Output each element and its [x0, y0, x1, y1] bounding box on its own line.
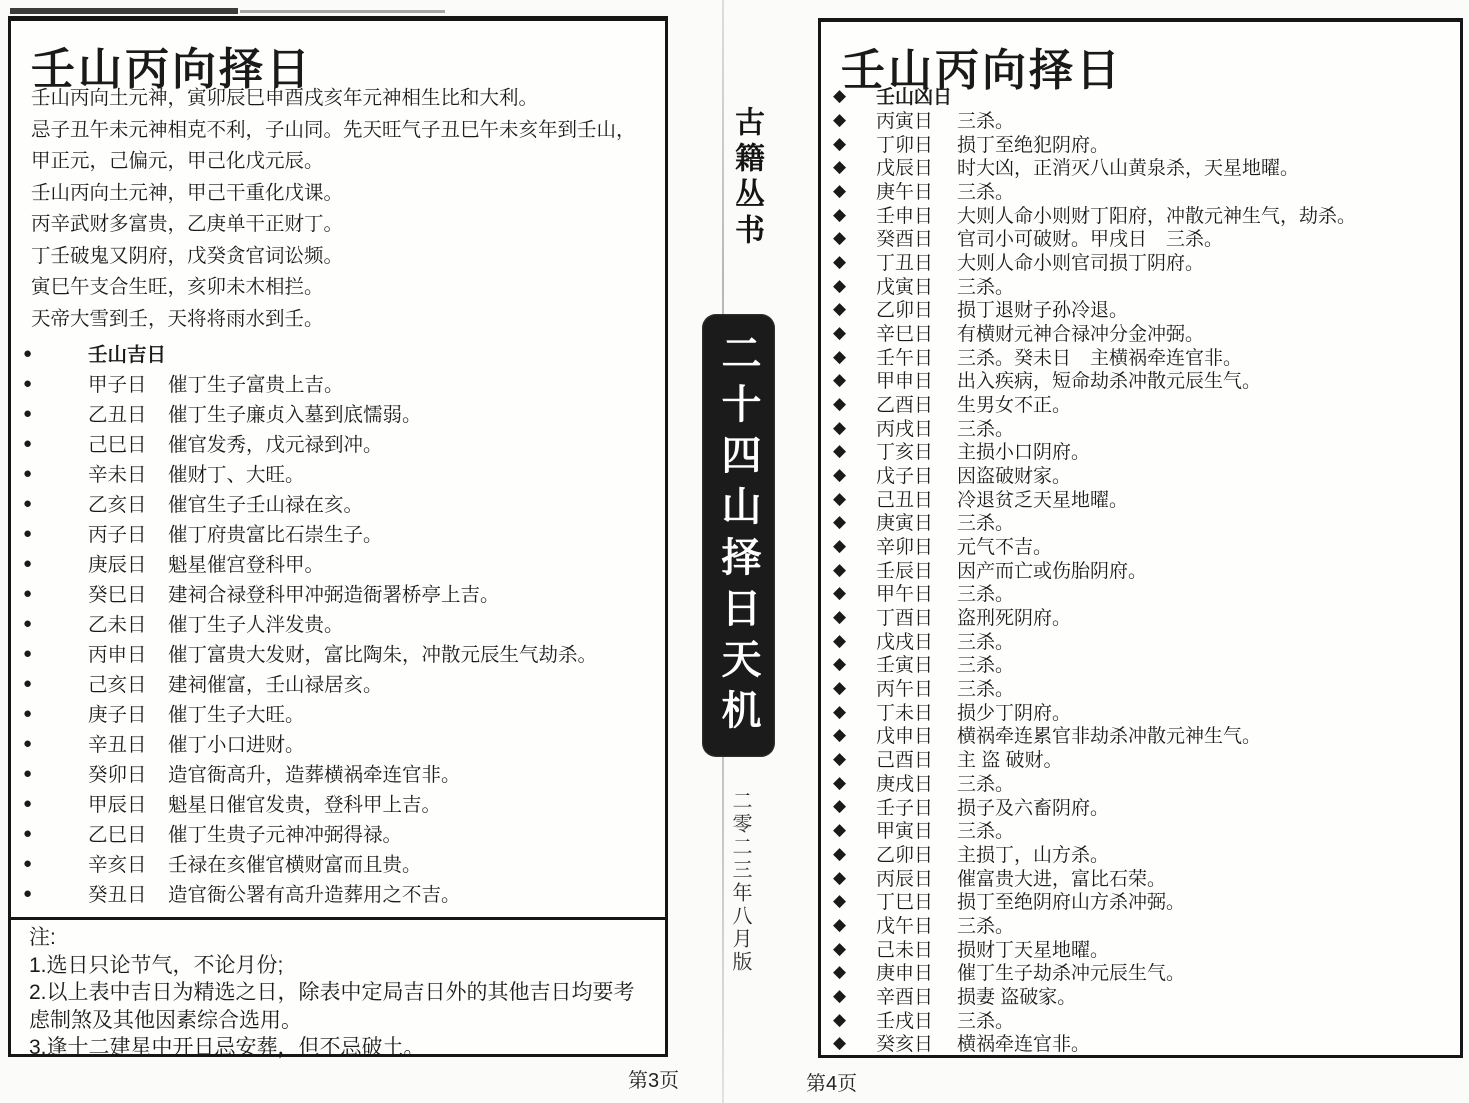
spine-edition-label: 二零二三年八月版	[726, 790, 755, 974]
circle-bullet-icon: ●	[23, 376, 88, 391]
circle-bullet-icon: ●	[23, 886, 88, 901]
list-item: ◆丁未日损少丁阴府。	[821, 699, 1458, 723]
diamond-bullet-icon: ◆	[833, 892, 876, 909]
list-item: ◆辛卯日元气不吉。	[821, 534, 1458, 558]
page-3-frame: 壬山丙向择日 壬山丙向土元神，寅卯辰巳申酉戌亥年元神相生比和大利。忌子丑午未元神…	[8, 16, 668, 1057]
auspicious-day-list: ● 壬山吉日 ●甲子日催丁生子富贵上吉。●乙丑日催丁生子廉贞入墓到底懦弱。●己巳…	[11, 338, 664, 908]
list-item: ◆甲申日出入疾病，短命劫杀冲散元辰生气。	[821, 368, 1458, 392]
day-label: 辛未日	[88, 459, 168, 487]
circle-bullet-icon: ●	[23, 796, 88, 811]
list-item: ◆戊寅日三杀。	[821, 273, 1458, 297]
day-label: 庚辰日	[88, 549, 168, 577]
circle-bullet-icon: ●	[23, 466, 88, 481]
diamond-bullet-icon: ◆	[833, 940, 876, 957]
diamond-bullet-icon: ◆	[833, 466, 876, 483]
diamond-bullet-icon: ◆	[833, 987, 876, 1004]
day-description: 造官衙公署有高升造葬用之不吉。	[168, 879, 664, 907]
scan-smudge-light	[240, 10, 445, 13]
list-item: ◆壬辰日因产而亡或伤胎阴府。	[821, 557, 1458, 581]
paragraph-line: 丙辛武财多富贵，乙庚单干正财丁。	[31, 209, 657, 241]
diamond-bullet-icon: ◆	[833, 797, 876, 814]
list-header-row: ● 壬山吉日	[11, 338, 664, 368]
list-item: ●辛亥日壬禄在亥催官横财富而且贵。	[11, 848, 664, 878]
day-description: 催丁生贵子元神冲弼得禄。	[168, 819, 664, 847]
circle-bullet-icon: ●	[23, 646, 88, 661]
list-item: ●乙巳日催丁生贵子元神冲弼得禄。	[11, 818, 664, 848]
diamond-bullet-icon: ◆	[833, 679, 876, 696]
diamond-bullet-icon: ◆	[833, 419, 876, 436]
intro-paragraphs: 壬山丙向土元神，寅卯辰巳申酉戌亥年元神相生比和大利。忌子丑午未元神相克不利，子山…	[31, 83, 657, 335]
list-item: ◆戊午日三杀。	[821, 913, 1458, 937]
day-label: 癸亥日	[876, 1029, 957, 1056]
day-description: 造官衙高升，造葬横祸牵连官非。	[168, 759, 664, 787]
diamond-bullet-icon: ◆	[833, 655, 876, 672]
day-label: 甲子日	[88, 369, 168, 397]
diamond-bullet-icon: ◆	[833, 726, 876, 743]
day-description: 壬禄在亥催官横财富而且贵。	[168, 849, 664, 877]
day-description: 横祸牵连官非。	[957, 1029, 1458, 1056]
diamond-bullet-icon: ◆	[833, 206, 876, 223]
day-label: 己巳日	[88, 429, 168, 457]
note-line: 2.以上表中吉日为精选之日，除表中定局吉日外的其他吉日均要考	[29, 979, 659, 1007]
list-item: ◆丁亥日主损小口阴府。	[821, 439, 1458, 463]
list-item: ◆辛巳日有横财元神合禄冲分金冲弼。	[821, 321, 1458, 345]
diamond-bullet-icon: ◆	[833, 371, 876, 388]
scan-smudge-dark	[10, 8, 238, 14]
circle-bullet-icon: ●	[23, 406, 88, 421]
circle-bullet-icon: ●	[23, 736, 88, 751]
circle-bullet-icon: ●	[23, 706, 88, 721]
list-item: ◆丙戌日三杀。	[821, 415, 1458, 439]
paragraph-line: 寅巳午支合生旺，亥卯未木相拦。	[31, 272, 657, 304]
paragraph-line: 天帝大雪到壬，天将将雨水到壬。	[31, 304, 657, 336]
diamond-bullet-icon: ◆	[833, 324, 876, 341]
list-item: ●庚辰日魁星催宫登科甲。	[11, 548, 664, 578]
spine-book-title: 二十四山择日天机	[710, 332, 767, 740]
diamond-bullet-icon: ◆	[833, 703, 876, 720]
list-item: ●丙子日催丁府贵富比石崇生子。	[11, 518, 664, 548]
day-label: 癸巳日	[88, 579, 168, 607]
list-item: ◆庚戌日三杀。	[821, 770, 1458, 794]
diamond-bullet-icon: ◆	[833, 253, 876, 270]
day-description: 建祠合禄登科甲冲弼造衙署桥亭上吉。	[168, 579, 664, 607]
list-item: ◆丙午日三杀。	[821, 676, 1458, 700]
diamond-bullet-icon: ◆	[833, 158, 876, 175]
circle-bullet-icon: ●	[23, 766, 88, 781]
list-item: ◆戊戌日三杀。	[821, 628, 1458, 652]
note-line: 3.逢十二建星中开日忌安葬，但不忌破土。	[29, 1034, 659, 1062]
diamond-bullet-icon: ◆	[833, 750, 876, 767]
scanned-book-spread: 壬山丙向择日 壬山丙向土元神，寅卯辰巳申酉戌亥年元神相生比和大利。忌子丑午未元神…	[0, 0, 1469, 1103]
note-line: 注:	[29, 924, 659, 952]
list-item: ●庚子日催丁生子大旺。	[11, 698, 664, 728]
diamond-bullet-icon: ◆	[833, 229, 876, 246]
day-label: 乙丑日	[88, 399, 168, 427]
diamond-bullet-icon: ◆	[833, 1034, 876, 1051]
day-description: 魁星催宫登科甲。	[168, 549, 664, 577]
day-description: 催丁生子廉贞入墓到底懦弱。	[168, 399, 664, 427]
day-description: 催丁富贵大发财，富比陶朱，冲散元辰生气劫杀。	[168, 639, 664, 667]
circle-bullet-icon: ●	[23, 676, 88, 691]
diamond-bullet-icon: ◆	[833, 869, 876, 886]
list-item: ◆己酉日主 盗 破财。	[821, 747, 1458, 771]
diamond-bullet-icon: ◆	[833, 348, 876, 365]
list-item: ●癸丑日造官衙公署有高升造葬用之不吉。	[11, 878, 664, 908]
list-item: ◆丁巳日损丁至绝阴府山方杀冲弼。	[821, 889, 1458, 913]
list-item: ◆戊辰日时大凶，正消灭八山黄泉杀，天星地曜。	[821, 155, 1458, 179]
list-item: ◆壬寅日三杀。	[821, 652, 1458, 676]
list-item: ●乙亥日催官生子壬山禄在亥。	[11, 488, 664, 518]
list-item: ◆丁卯日损丁至绝犯阴府。	[821, 131, 1458, 155]
list-header-row: ◆ 壬山凶日	[821, 84, 1458, 108]
page-4-number: 第4页	[806, 1067, 857, 1096]
diamond-bullet-icon: ◆	[833, 300, 876, 317]
list-item: ◆庚申日催丁生子劫杀冲元辰生气。	[821, 960, 1458, 984]
list-item: ●乙丑日催丁生子廉贞入墓到底懦弱。	[11, 398, 664, 428]
diamond-bullet-icon: ◆	[833, 1011, 876, 1028]
list-item: ◆庚午日三杀。	[821, 179, 1458, 203]
day-description: 催丁府贵富比石崇生子。	[168, 519, 664, 547]
list-item: ◆甲寅日三杀。	[821, 818, 1458, 842]
diamond-bullet-icon: ◆	[833, 537, 876, 554]
page-4-frame: 壬山丙向择日 ◆ 壬山凶日 ◆丙寅日三杀。◆丁卯日损丁至绝犯阴府。◆戊辰日时大凶…	[818, 18, 1463, 1058]
circle-bullet-icon: ●	[23, 436, 88, 451]
paragraph-line: 甲正元，己偏元，甲己化戊元辰。	[31, 146, 657, 178]
diamond-bullet-icon: ◆	[833, 513, 876, 530]
spine-series-title: 古籍丛书	[724, 106, 768, 250]
list-item: ◆辛酉日损妻 盗破家。	[821, 984, 1458, 1008]
list-item: ●甲辰日魁星日催官发贵，登科甲上吉。	[11, 788, 664, 818]
day-label: 癸卯日	[88, 759, 168, 787]
list-item: ◆戊子日因盗破财家。	[821, 463, 1458, 487]
diamond-bullet-icon: ◆	[833, 774, 876, 791]
day-description: 催丁生子大旺。	[168, 699, 664, 727]
list-item: ◆壬申日大则人命小则财丁阳府，冲散元神生气，劫杀。	[821, 202, 1458, 226]
list-item: ◆乙酉日生男女不正。	[821, 392, 1458, 416]
list-item: ●癸巳日建祠合禄登科甲冲弼造衙署桥亭上吉。	[11, 578, 664, 608]
list-item: ●甲子日催丁生子富贵上吉。	[11, 368, 664, 398]
note-line: 虑制煞及其他因素综合选用。	[29, 1007, 659, 1035]
circle-bullet-icon: ●	[23, 526, 88, 541]
day-label: 乙未日	[88, 609, 168, 637]
spine-title-box: 二十四山择日天机	[702, 314, 775, 757]
diamond-bullet-icon: ◆	[833, 442, 876, 459]
notes-divider-line	[8, 917, 668, 920]
list-item: ◆乙卯日主损丁，山方杀。	[821, 842, 1458, 866]
list-item: ◆癸酉日官司小可破财。甲戌日 三杀。	[821, 226, 1458, 250]
paragraph-line: 忌子丑午未元神相克不利，子山同。先天旺气子丑巳午未亥年到壬山，	[31, 115, 657, 147]
note-line: 1.选日只论节气，不论月份;	[29, 952, 659, 980]
diamond-bullet-icon: ◆	[833, 584, 876, 601]
diamond-bullet-icon: ◆	[833, 608, 876, 625]
list-item: ◆丙寅日三杀。	[821, 108, 1458, 132]
list-item: ●己亥日建祠催富，壬山禄居亥。	[11, 668, 664, 698]
list-item: ◆壬戌日三杀。	[821, 1007, 1458, 1031]
list-item: ●辛丑日催丁小口进财。	[11, 728, 664, 758]
paragraph-line: 壬山丙向土元神，寅卯辰巳申酉戌亥年元神相生比和大利。	[31, 83, 657, 115]
diamond-bullet-icon: ◆	[833, 182, 876, 199]
diamond-bullet-icon: ◆	[833, 963, 876, 980]
list-item: ●辛未日催财丁、大旺。	[11, 458, 664, 488]
day-description: 催官生子壬山禄在亥。	[168, 489, 664, 517]
day-label: 乙巳日	[88, 819, 168, 847]
circle-bullet-icon: ●	[23, 586, 88, 601]
list-header-label: 壬山吉日	[88, 339, 168, 367]
notes-section: 注:1.选日只论节气，不论月份;2.以上表中吉日为精选之日，除表中定局吉日外的其…	[29, 924, 659, 1062]
day-description: 建祠催富，壬山禄居亥。	[168, 669, 664, 697]
list-item: ●丙申日催丁富贵大发财，富比陶朱，冲散元辰生气劫杀。	[11, 638, 664, 668]
diamond-bullet-icon: ◆	[833, 561, 876, 578]
list-item: ◆壬子日损子及六畜阴府。	[821, 794, 1458, 818]
circle-bullet-icon: ●	[23, 616, 88, 631]
circle-bullet-icon: ●	[23, 856, 88, 871]
list-item: ●己巳日催官发秀，戊元禄到冲。	[11, 428, 664, 458]
diamond-bullet-icon: ◆	[833, 821, 876, 838]
paragraph-line: 壬山丙向土元神，甲己干重化戊课。	[31, 178, 657, 210]
day-label: 己亥日	[88, 669, 168, 697]
list-item: ◆乙卯日损丁退财子孙冷退。	[821, 297, 1458, 321]
day-label: 癸丑日	[88, 879, 168, 907]
day-label: 丙子日	[88, 519, 168, 547]
diamond-bullet-icon: ◆	[833, 845, 876, 862]
page-3-number: 第3页	[628, 1064, 679, 1093]
list-item: ◆己未日损财丁天星地曜。	[821, 936, 1458, 960]
list-item: ●癸卯日造官衙高升，造葬横祸牵连官非。	[11, 758, 664, 788]
diamond-bullet-icon: ◆	[833, 277, 876, 294]
day-label: 乙亥日	[88, 489, 168, 517]
paragraph-line: 丁壬破鬼又阴府，戊癸贪官词讼频。	[31, 241, 657, 273]
list-item: ●乙未日催丁生子人泮发贵。	[11, 608, 664, 638]
inauspicious-day-list: ◆ 壬山凶日 ◆丙寅日三杀。◆丁卯日损丁至绝犯阴府。◆戊辰日时大凶，正消灭八山黄…	[821, 84, 1458, 1055]
list-item: ◆丁酉日盗刑死阴府。	[821, 605, 1458, 629]
diamond-bullet-icon: ◆	[833, 111, 876, 128]
list-item: ◆己丑日冷退贫乏天星地曜。	[821, 486, 1458, 510]
day-description: 催丁小口进财。	[168, 729, 664, 757]
list-item: ◆壬午日三杀。癸未日 主横祸牵连官非。	[821, 344, 1458, 368]
diamond-bullet-icon: ◆	[833, 87, 876, 104]
list-item: ◆甲午日三杀。	[821, 581, 1458, 605]
day-label: 辛亥日	[88, 849, 168, 877]
day-description: 催官发秀，戊元禄到冲。	[168, 429, 664, 457]
circle-bullet-icon: ●	[23, 496, 88, 511]
list-item: ◆癸亥日横祸牵连官非。	[821, 1031, 1458, 1055]
day-description: 魁星日催官发贵，登科甲上吉。	[168, 789, 664, 817]
diamond-bullet-icon: ◆	[833, 135, 876, 152]
day-label: 庚子日	[88, 699, 168, 727]
circle-bullet-icon: ●	[23, 826, 88, 841]
day-description: 催丁生子人泮发贵。	[168, 609, 664, 637]
day-label: 丙申日	[88, 639, 168, 667]
list-item: ◆戊申日横祸牵连累官非劫杀冲散元神生气。	[821, 723, 1458, 747]
day-label: 甲辰日	[88, 789, 168, 817]
circle-bullet-icon: ●	[23, 556, 88, 571]
diamond-bullet-icon: ◆	[833, 632, 876, 649]
circle-bullet-icon: ●	[23, 346, 88, 361]
day-description: 催丁生子富贵上吉。	[168, 369, 664, 397]
diamond-bullet-icon: ◆	[833, 916, 876, 933]
diamond-bullet-icon: ◆	[833, 490, 876, 507]
list-item: ◆丁丑日大则人命小则官司损丁阴府。	[821, 250, 1458, 274]
day-label: 辛丑日	[88, 729, 168, 757]
day-description: 催财丁、大旺。	[168, 459, 664, 487]
diamond-bullet-icon: ◆	[833, 395, 876, 412]
list-item: ◆丙辰日催富贵大进，富比石荣。	[821, 865, 1458, 889]
list-item: ◆庚寅日三杀。	[821, 510, 1458, 534]
